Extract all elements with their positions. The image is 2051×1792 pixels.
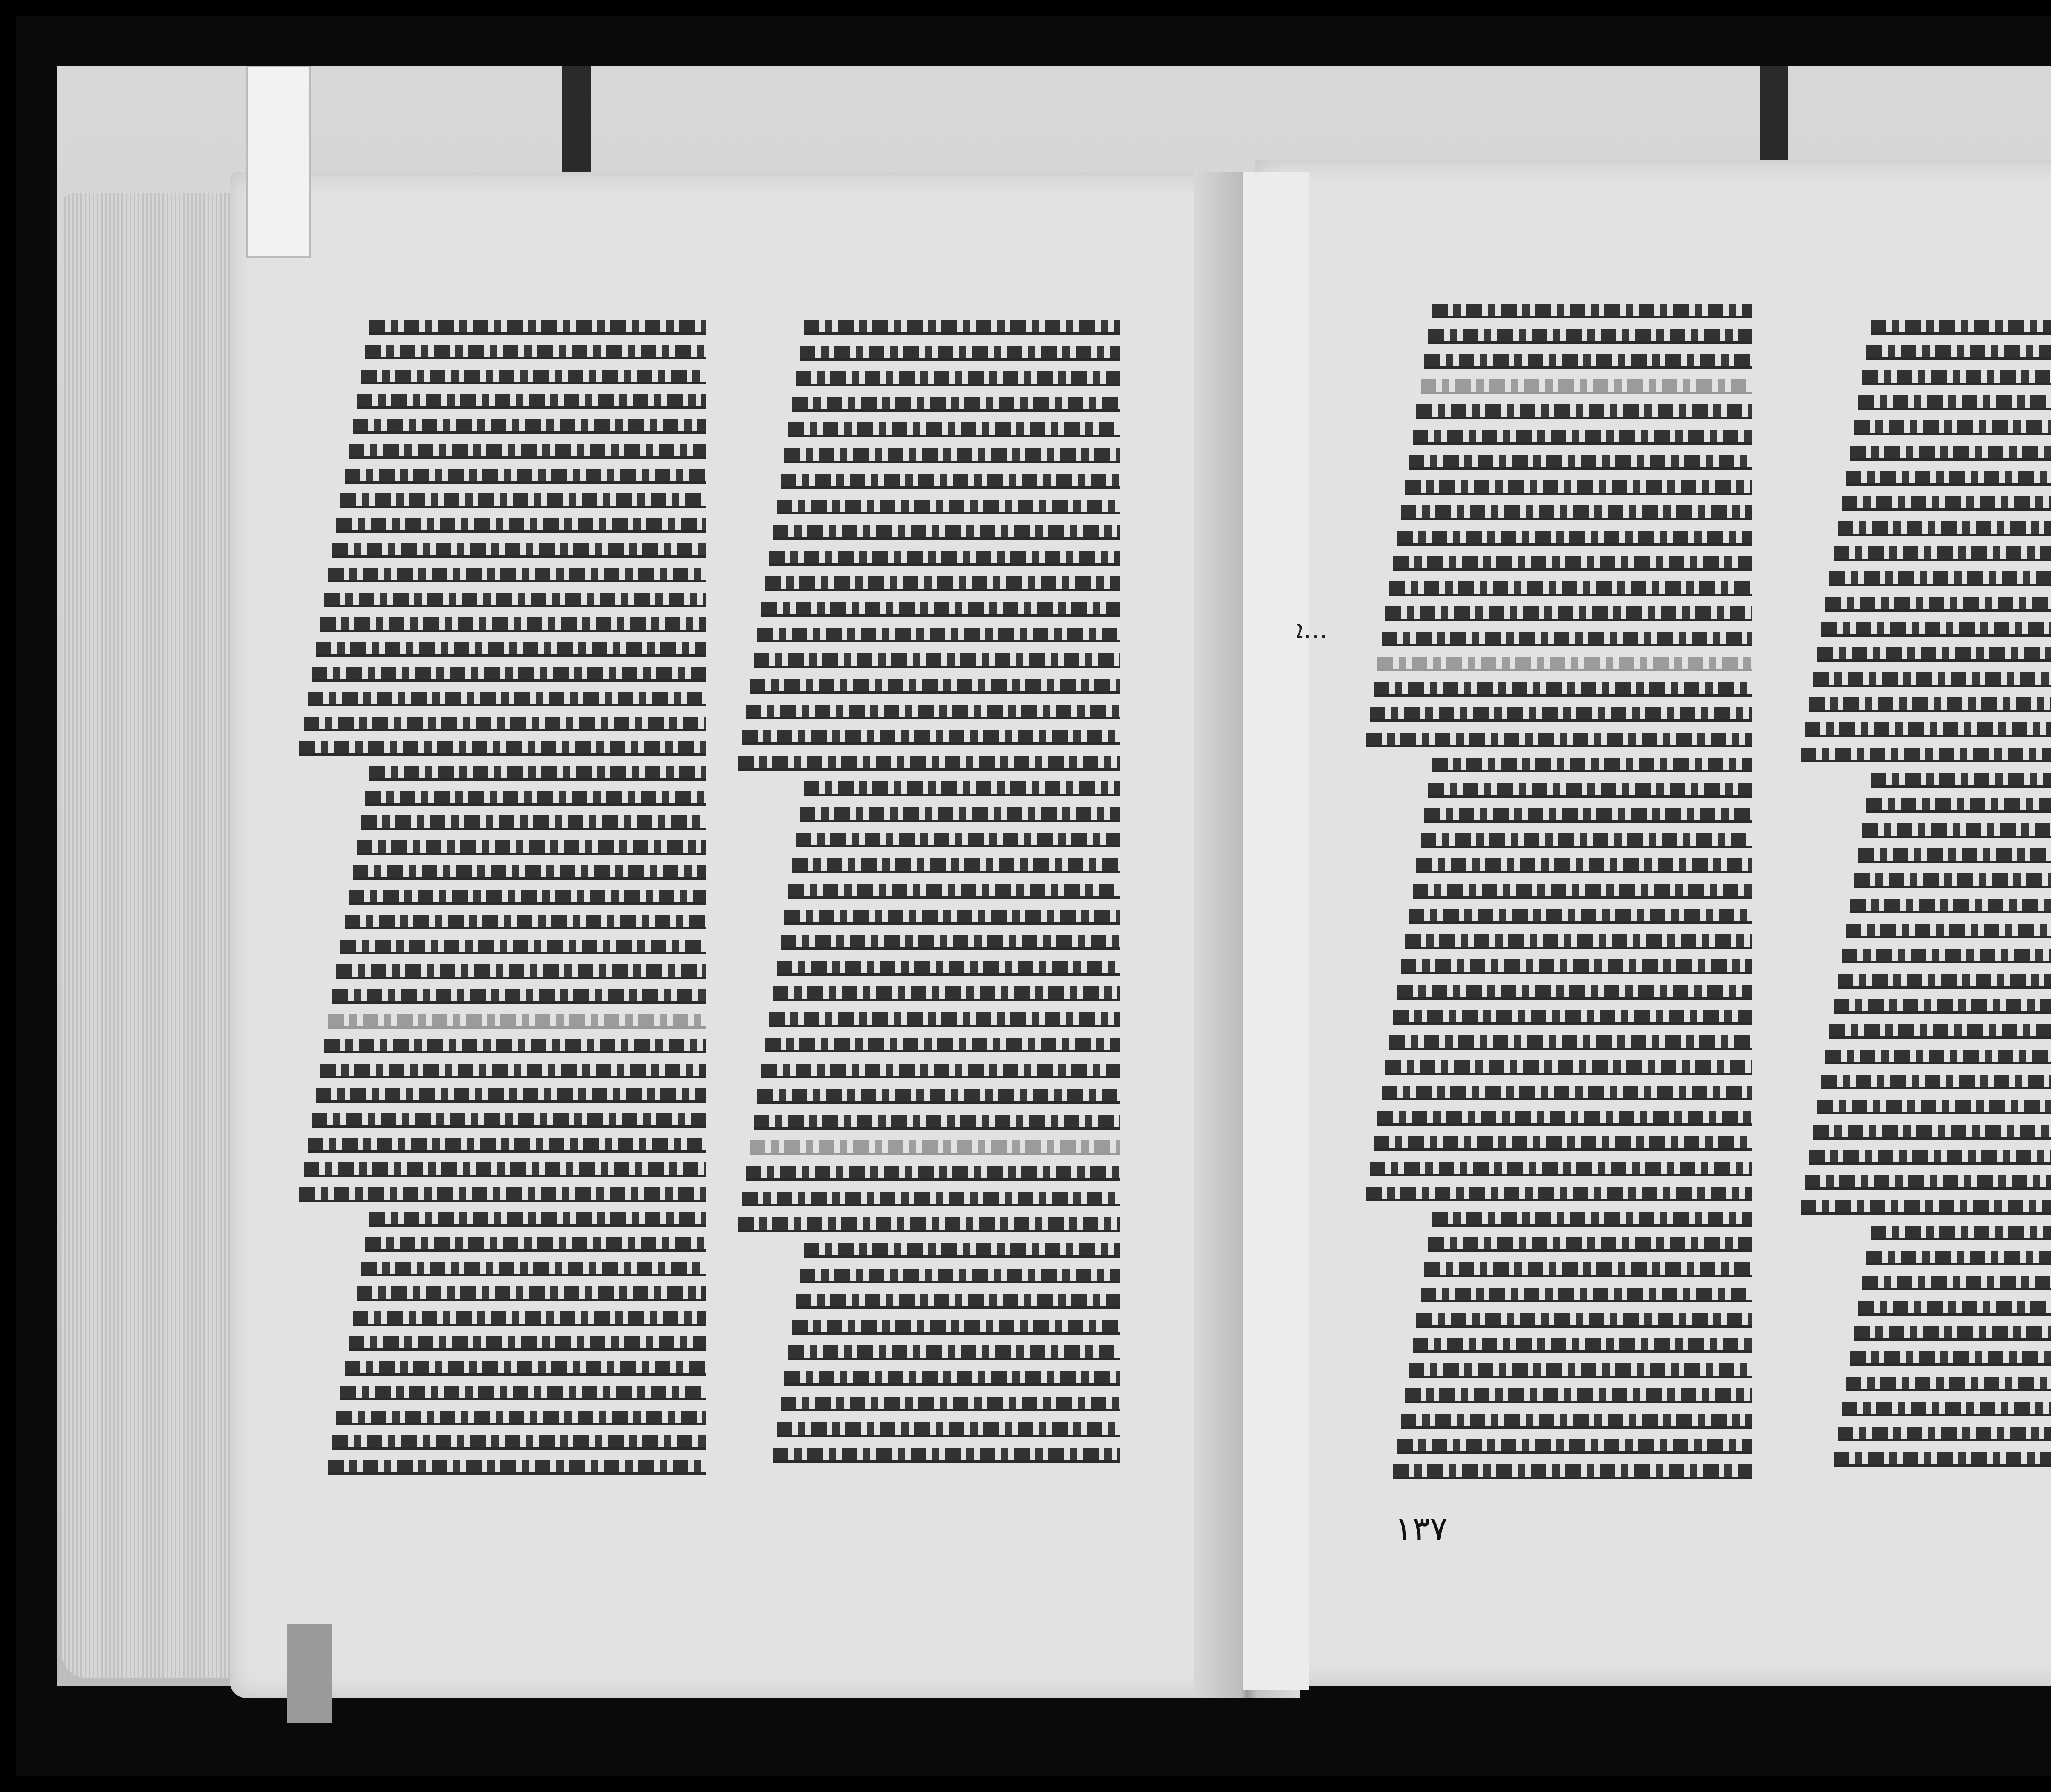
text-line	[734, 1367, 1120, 1383]
text-line	[1362, 628, 1752, 644]
ink-stroke	[1801, 1200, 2051, 1215]
text-line	[295, 365, 706, 382]
text-line	[1797, 1322, 2051, 1338]
ink-stroke	[1801, 748, 2051, 762]
text-line	[1362, 1359, 1752, 1376]
ink-stroke	[750, 679, 1120, 694]
ink-stroke	[800, 1269, 1120, 1283]
ink-stroke	[1413, 884, 1752, 899]
text-line	[734, 1162, 1120, 1178]
text-line	[734, 931, 1120, 947]
text-line	[1797, 391, 2051, 408]
ink-stroke	[792, 1320, 1120, 1335]
text-line	[734, 316, 1120, 332]
text-line	[295, 1010, 706, 1026]
ink-stroke	[336, 1411, 706, 1425]
text-line	[295, 390, 706, 406]
ink-stroke	[1813, 1125, 2051, 1140]
ink-stroke	[1871, 1226, 2051, 1240]
ink-stroke	[1424, 354, 1752, 369]
text-line	[734, 1136, 1120, 1153]
ink-stroke	[773, 1448, 1120, 1463]
text-line	[1797, 1171, 2051, 1187]
ink-stroke	[1821, 1075, 2051, 1089]
ink-stroke	[781, 474, 1120, 489]
ink-stroke	[1382, 632, 1752, 646]
text-line	[295, 1109, 706, 1125]
ink-stroke	[1409, 1363, 1752, 1378]
ink-stroke	[1842, 949, 2051, 963]
right-page-inner-column	[1362, 299, 1752, 1477]
text-line	[734, 906, 1120, 922]
text-line	[295, 613, 706, 630]
ink-stroke	[1405, 480, 1752, 495]
text-line	[295, 1406, 706, 1423]
text-line	[1797, 366, 2051, 383]
ink-stroke	[308, 1138, 706, 1153]
ink-stroke	[299, 1187, 706, 1202]
ink-stroke	[1421, 1288, 1752, 1302]
text-line	[295, 936, 706, 952]
text-line	[1362, 400, 1752, 417]
ink-stroke	[1805, 722, 2051, 737]
ink-stroke	[1432, 758, 1752, 772]
ink-stroke	[1858, 395, 2051, 410]
text-line	[734, 803, 1120, 820]
ink-stroke	[340, 493, 706, 508]
ink-stroke	[340, 1386, 706, 1400]
text-line	[734, 752, 1120, 768]
ink-stroke	[781, 1397, 1120, 1411]
text-line	[1362, 1460, 1752, 1477]
text-line	[1362, 1208, 1752, 1224]
text-line	[1797, 718, 2051, 735]
text-line	[295, 465, 706, 481]
text-line	[734, 1213, 1120, 1230]
ink-stroke	[304, 1162, 706, 1177]
ink-stroke	[308, 692, 706, 706]
ink-stroke	[1377, 657, 1752, 671]
text-line	[1362, 1056, 1752, 1073]
text-line	[734, 880, 1120, 896]
ink-stroke	[784, 910, 1120, 925]
text-line	[1797, 920, 2051, 936]
text-line	[734, 470, 1120, 486]
text-line	[1362, 1283, 1752, 1300]
ink-stroke	[353, 1311, 706, 1326]
ink-stroke	[353, 419, 706, 434]
ink-stroke	[1813, 672, 2051, 687]
ink-stroke	[796, 371, 1120, 386]
text-line	[1362, 930, 1752, 947]
text-line	[1797, 1246, 2051, 1263]
ink-stroke	[1838, 1427, 2051, 1441]
ink-stroke	[320, 1064, 706, 1078]
ink-stroke	[349, 1336, 706, 1351]
text-line	[295, 1456, 706, 1472]
text-line	[734, 1187, 1120, 1204]
text-line	[295, 811, 706, 828]
text-line	[1362, 1182, 1752, 1199]
ink-stroke	[1432, 304, 1752, 318]
ink-stroke	[1850, 1351, 2051, 1366]
text-line	[1797, 517, 2051, 534]
ink-stroke	[1370, 707, 1752, 722]
ink-stroke	[742, 730, 1120, 745]
ink-stroke	[1866, 1251, 2051, 1265]
ink-stroke	[1854, 420, 2051, 435]
text-line	[295, 1258, 706, 1274]
ink-stroke	[1374, 1136, 1752, 1151]
ink-stroke	[773, 525, 1120, 540]
text-line	[1362, 779, 1752, 795]
text-line	[1797, 1347, 2051, 1363]
text-line	[1362, 1157, 1752, 1174]
ink-stroke	[361, 1262, 706, 1276]
marginal-note: ܐ…	[1296, 615, 1328, 644]
page-clip	[246, 66, 311, 258]
text-line	[1797, 1020, 2051, 1036]
ink-stroke	[336, 518, 706, 533]
ink-stroke	[1871, 773, 2051, 788]
ink-stroke	[1817, 647, 2051, 662]
ink-stroke	[357, 1286, 706, 1301]
ink-stroke	[796, 833, 1120, 847]
text-line	[734, 1085, 1120, 1101]
text-line	[1797, 492, 2051, 508]
text-line	[295, 415, 706, 431]
text-line	[1797, 869, 2051, 886]
ink-stroke	[788, 884, 1120, 899]
text-line	[1797, 794, 2051, 810]
text-line	[1362, 678, 1752, 694]
ink-stroke	[1858, 1301, 2051, 1316]
text-line	[734, 1265, 1120, 1281]
ink-stroke	[1809, 1150, 2051, 1165]
text-line	[734, 1341, 1120, 1358]
text-line	[1797, 593, 2051, 609]
ink-stroke	[365, 1237, 706, 1252]
text-line	[1362, 1309, 1752, 1325]
ink-stroke	[1866, 345, 2051, 360]
text-line	[295, 1158, 706, 1175]
ink-stroke	[777, 500, 1120, 514]
text-line	[1797, 618, 2051, 634]
ink-stroke	[1842, 496, 2051, 511]
repair-strip	[1243, 172, 1309, 1690]
ink-stroke	[1374, 682, 1752, 697]
text-line	[1797, 945, 2051, 961]
text-line	[295, 1307, 706, 1324]
ink-stroke	[1405, 934, 1752, 949]
ink-stroke	[1389, 1035, 1752, 1050]
text-line	[1362, 653, 1752, 669]
text-line	[734, 1393, 1120, 1409]
ink-stroke	[316, 642, 706, 657]
text-line	[734, 777, 1120, 794]
text-line	[1362, 1384, 1752, 1401]
text-line	[1797, 1196, 2051, 1212]
text-line	[734, 1316, 1120, 1332]
ink-stroke	[1366, 733, 1752, 747]
ink-stroke	[1416, 1313, 1752, 1328]
text-line	[734, 1239, 1120, 1255]
text-line	[734, 957, 1120, 973]
text-line	[1362, 426, 1752, 442]
text-line	[295, 489, 706, 506]
text-line	[1797, 844, 2051, 861]
text-line	[1362, 451, 1752, 467]
ink-stroke	[1393, 1010, 1752, 1025]
text-line	[295, 836, 706, 853]
ink-stroke	[1858, 848, 2051, 863]
ink-stroke	[773, 986, 1120, 1001]
ink-stroke	[1825, 1050, 2051, 1064]
text-line	[1362, 577, 1752, 594]
ink-stroke	[1838, 974, 2051, 989]
text-line	[295, 737, 706, 753]
text-line	[1362, 1435, 1752, 1451]
ink-stroke	[800, 807, 1120, 822]
text-line	[1797, 995, 2051, 1011]
ink-stroke	[1401, 1414, 1752, 1429]
ink-stroke	[792, 858, 1120, 873]
text-line	[1797, 341, 2051, 357]
text-line	[1362, 728, 1752, 745]
ink-stroke	[1862, 1276, 2051, 1290]
text-line	[295, 1381, 706, 1398]
text-line	[734, 393, 1120, 409]
ink-stroke	[340, 940, 706, 954]
ink-stroke	[357, 840, 706, 855]
text-line	[1362, 905, 1752, 921]
ink-stroke	[1389, 581, 1752, 596]
text-line	[295, 985, 706, 1001]
ink-stroke	[757, 1089, 1120, 1104]
text-line	[295, 1034, 706, 1051]
ink-stroke	[1397, 531, 1752, 546]
right-page-outer-column	[1797, 316, 2051, 1464]
text-line	[295, 1059, 706, 1076]
text-line	[734, 1290, 1120, 1306]
ink-stroke	[328, 1460, 706, 1475]
text-line	[1797, 442, 2051, 458]
ink-stroke	[324, 1039, 706, 1053]
ink-stroke	[1428, 1237, 1752, 1252]
ink-stroke	[1862, 823, 2051, 838]
text-line	[1362, 325, 1752, 341]
ink-stroke	[738, 1217, 1120, 1232]
ink-stroke	[761, 1064, 1120, 1078]
ink-stroke	[328, 568, 706, 582]
ink-stroke	[1385, 1060, 1752, 1075]
ink-stroke	[1385, 606, 1752, 621]
ink-stroke	[320, 617, 706, 632]
text-line	[1797, 1096, 2051, 1112]
ink-stroke	[312, 667, 706, 682]
ink-stroke	[1432, 1212, 1752, 1227]
text-line	[295, 589, 706, 605]
ink-stroke	[1397, 985, 1752, 1000]
ink-stroke	[1854, 873, 2051, 888]
text-line	[734, 675, 1120, 691]
text-line	[295, 514, 706, 530]
text-line	[295, 340, 706, 357]
text-line	[295, 1431, 706, 1447]
text-line	[295, 1233, 706, 1249]
ink-stroke	[1401, 959, 1752, 974]
text-line	[734, 342, 1120, 358]
ink-stroke	[761, 602, 1120, 617]
text-line	[295, 1208, 706, 1224]
text-line	[734, 623, 1120, 640]
text-line	[1797, 744, 2051, 760]
text-line	[295, 564, 706, 580]
ink-stroke	[765, 1038, 1120, 1052]
ink-stroke	[777, 1422, 1120, 1437]
left-page-inner-column	[734, 316, 1120, 1460]
text-line	[1362, 1258, 1752, 1275]
text-line	[1362, 476, 1752, 493]
text-line	[1362, 981, 1752, 997]
ink-stroke	[1821, 622, 2051, 637]
text-line	[295, 1134, 706, 1150]
ink-stroke	[800, 346, 1120, 361]
ink-stroke	[1393, 1464, 1752, 1479]
ink-stroke	[804, 781, 1120, 796]
ink-stroke	[1862, 370, 2051, 385]
text-line	[295, 1332, 706, 1348]
ink-stroke	[777, 961, 1120, 976]
text-line	[1362, 955, 1752, 972]
text-line	[734, 1418, 1120, 1435]
text-line	[295, 911, 706, 927]
text-line	[1797, 467, 2051, 483]
text-line	[1797, 1297, 2051, 1313]
text-line	[295, 316, 706, 332]
ink-stroke	[1424, 1262, 1752, 1277]
text-line	[1362, 350, 1752, 366]
ink-stroke	[332, 1435, 706, 1450]
text-line	[1797, 1448, 2051, 1464]
text-line	[1362, 1082, 1752, 1098]
text-line	[1797, 1071, 2051, 1087]
ink-stroke	[1834, 546, 2051, 561]
text-line	[1797, 1121, 2051, 1137]
ink-stroke	[1834, 1452, 2051, 1467]
ink-stroke	[1871, 320, 2051, 335]
text-line	[295, 638, 706, 654]
text-line	[1362, 829, 1752, 846]
ink-stroke	[336, 964, 706, 979]
text-line	[295, 712, 706, 729]
text-line	[1362, 552, 1752, 568]
ink-stroke	[1866, 798, 2051, 813]
ink-stroke	[769, 551, 1120, 566]
ink-stroke	[788, 422, 1120, 437]
ink-stroke	[804, 1243, 1120, 1258]
text-line	[1797, 769, 2051, 785]
text-line	[734, 598, 1120, 614]
ink-stroke	[369, 1212, 706, 1227]
ink-stroke	[754, 653, 1120, 668]
text-line	[1362, 753, 1752, 770]
text-line	[1362, 854, 1752, 871]
ink-stroke	[1421, 379, 1752, 394]
text-line	[295, 539, 706, 555]
ink-stroke	[1850, 446, 2051, 461]
ink-stroke	[304, 717, 706, 731]
ink-stroke	[1382, 1086, 1752, 1100]
ink-stroke	[746, 1166, 1120, 1181]
text-line	[1797, 1221, 2051, 1238]
ink-stroke	[1850, 899, 2051, 913]
ink-stroke	[365, 791, 706, 806]
text-line	[1797, 1422, 2051, 1439]
text-line	[1362, 1107, 1752, 1123]
text-line	[1797, 542, 2051, 559]
text-line	[1362, 299, 1752, 316]
text-line	[1362, 1334, 1752, 1350]
ink-stroke	[754, 1115, 1120, 1130]
text-line	[295, 1084, 706, 1100]
page-tab	[287, 1624, 332, 1723]
ink-stroke	[788, 1345, 1120, 1360]
text-line	[734, 495, 1120, 512]
text-line	[1797, 1397, 2051, 1414]
text-line	[295, 886, 706, 902]
ink-stroke	[1825, 597, 2051, 612]
text-line	[1797, 970, 2051, 986]
ink-stroke	[345, 1361, 706, 1376]
ink-stroke	[1421, 833, 1752, 848]
text-line	[1797, 567, 2051, 584]
ink-stroke	[1416, 858, 1752, 873]
text-line	[1362, 602, 1752, 619]
ink-stroke	[345, 469, 706, 484]
ink-stroke	[769, 1012, 1120, 1027]
text-line	[1797, 693, 2051, 710]
folio-number: ١٣٧	[1395, 1509, 1448, 1548]
text-line	[1797, 416, 2051, 433]
ink-stroke	[792, 397, 1120, 412]
text-line	[734, 649, 1120, 666]
text-line	[1362, 1132, 1752, 1148]
text-line	[1362, 1233, 1752, 1249]
ink-stroke	[1393, 556, 1752, 571]
text-line	[734, 854, 1120, 871]
ink-stroke	[361, 815, 706, 830]
ink-stroke	[328, 1014, 706, 1029]
ink-stroke	[765, 576, 1120, 591]
ink-stroke	[324, 593, 706, 607]
text-line	[734, 367, 1120, 384]
text-line	[734, 444, 1120, 461]
ink-stroke	[349, 890, 706, 905]
text-line	[1362, 1410, 1752, 1426]
ink-stroke	[332, 543, 706, 558]
ink-stroke	[1428, 783, 1752, 798]
text-line	[295, 762, 706, 778]
ink-stroke	[1829, 571, 2051, 586]
ink-stroke	[1397, 1439, 1752, 1454]
ink-stroke	[1846, 471, 2051, 486]
ink-stroke	[784, 448, 1120, 463]
text-line	[1362, 804, 1752, 820]
text-line	[1362, 527, 1752, 543]
ink-stroke	[1846, 1377, 2051, 1391]
text-line	[295, 440, 706, 456]
